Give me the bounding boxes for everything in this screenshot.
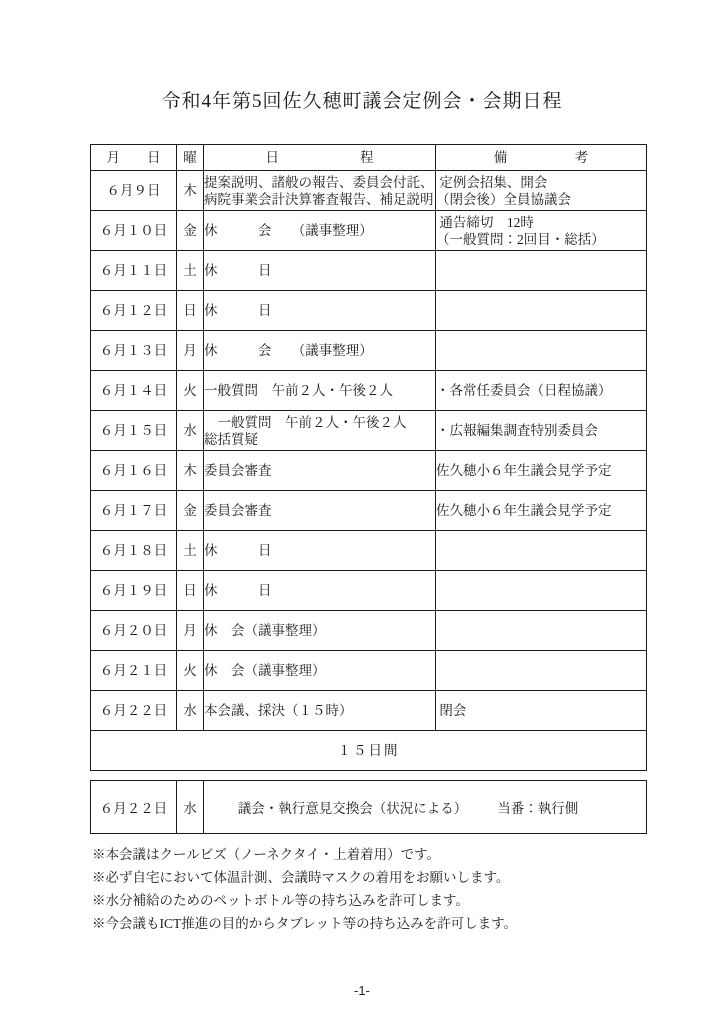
session-schedule-table: 月 日 曜 日 程 備 考 ６月９日木提案説明、諸般の報告、委員会付託、病院事業…: [90, 144, 647, 771]
day-cell: 金: [177, 491, 204, 531]
remarks-line: 佐久穂小６年生議会見学予定: [436, 503, 612, 518]
table-row: ６月９日木提案説明、諸般の報告、委員会付託、病院事業会計決算審査報告、補足説明 …: [91, 171, 647, 211]
date-cell: ６月１８日: [91, 531, 177, 571]
document-page: 令和4年第5回佐久穂町議会定例会・会期日程 月 日 曜 日 程 備 考 ６月９日…: [0, 0, 724, 1024]
total-days-label: １５日間: [91, 731, 647, 771]
table-row: ６月２２日 水 議会・執行意見交換会（状況による）当番：執行側: [91, 781, 647, 834]
page-title: 令和4年第5回佐久穂町議会定例会・会期日程: [0, 0, 724, 113]
footnotes: ※本会議はクールビズ（ノーネクタイ・上着着用）です。※必ず自宅において体温計測、…: [92, 843, 724, 935]
table-row: ６月１８日土休 日: [91, 531, 647, 571]
header-schedule: 日 程: [204, 145, 436, 171]
day-cell: 木: [177, 451, 204, 491]
day-cell: 木: [177, 171, 204, 211]
date-cell: ６月２２日: [91, 691, 177, 731]
day-cell: 土: [177, 251, 204, 291]
day-cell: 金: [177, 211, 204, 251]
date-cell: ６月９日: [91, 171, 177, 211]
date-cell: ６月１５日: [91, 411, 177, 451]
date-cell: ６月１０日: [91, 211, 177, 251]
date-cell: ６月１４日: [91, 371, 177, 411]
table-row: ６月１５日水 一般質問 午前２人・午後２人総括質疑・広報編集調査特別委員会: [91, 411, 647, 451]
remarks-cell: [436, 651, 647, 691]
schedule-cell: 提案説明、諸般の報告、委員会付託、病院事業会計決算審査報告、補足説明: [204, 171, 436, 211]
schedule-line: 休 会（議事整理）: [204, 663, 326, 678]
remarks-line: （一般質問：2回目・総括）: [436, 232, 605, 247]
remarks-cell: [436, 291, 647, 331]
footnote-line: ※今会議もICT推進の目的からタブレット等の持ち込みを許可します。: [92, 912, 724, 935]
date-cell: ６月１６日: [91, 451, 177, 491]
schedule-cell: 委員会審査: [204, 451, 436, 491]
date-cell: ６月１１日: [91, 251, 177, 291]
remarks-line: （閉会後）全員協議会: [436, 192, 571, 207]
day-cell: 水: [177, 411, 204, 451]
remarks-cell: ・広報編集調査特別委員会: [436, 411, 647, 451]
table-row: ６月１９日日休 日: [91, 571, 647, 611]
table-row: ６月１３日月休 会 （議事整理）: [91, 331, 647, 371]
schedule-line: 休 日: [204, 263, 272, 278]
remarks-cell: [436, 251, 647, 291]
schedule-line: 本会議、採決（１５時）: [204, 703, 353, 718]
remarks-line: 閉会: [436, 703, 466, 718]
table-header-row: 月 日 曜 日 程 備 考: [91, 145, 647, 171]
schedule-line: 休 日: [204, 303, 272, 318]
footnote-line: ※水分補給のためのペットボトル等の持ち込みを許可します。: [92, 889, 724, 912]
remarks-cell: 佐久穂小６年生議会見学予定: [436, 451, 647, 491]
table-row: ６月２０日月休 会（議事整理）: [91, 611, 647, 651]
header-remarks: 備 考: [436, 145, 647, 171]
schedule-line: 休 会 （議事整理）: [204, 223, 373, 238]
schedule-cell: 休 会 （議事整理）: [204, 331, 436, 371]
table-row: ６月２１日火休 会（議事整理）: [91, 651, 647, 691]
remarks-cell: ・各常任委員会（日程協議）: [436, 371, 647, 411]
schedule-line: 委員会審査: [204, 503, 272, 518]
schedule-cell: 議会・執行意見交換会（状況による）当番：執行側: [204, 781, 647, 834]
schedule-cell: 休 日: [204, 531, 436, 571]
schedule-cell: 休 日: [204, 291, 436, 331]
schedule-cell: 本会議、採決（１５時）: [204, 691, 436, 731]
schedule-line: 休 日: [204, 543, 272, 558]
schedule-line: 休 日: [204, 583, 272, 598]
footnote-line: ※必ず自宅において体温計測、会議時マスクの着用をお願いします。: [92, 866, 724, 889]
total-days-row: １５日間: [91, 731, 647, 771]
date-cell: ６月１９日: [91, 571, 177, 611]
table-row: ６月１１日土休 日: [91, 251, 647, 291]
table-row: ６月１２日日休 日: [91, 291, 647, 331]
schedule-line: 総括質疑: [204, 432, 258, 447]
table-row: ６月１７日金委員会審査佐久穂小６年生議会見学予定: [91, 491, 647, 531]
schedule-cell: 休 会（議事整理）: [204, 651, 436, 691]
table-row: ６月２２日水本会議、採決（１５時） 閉会: [91, 691, 647, 731]
remarks-cell: [436, 331, 647, 371]
schedule-line: 委員会審査: [204, 463, 272, 478]
footnote-line: ※本会議はクールビズ（ノーネクタイ・上着着用）です。: [92, 843, 724, 866]
schedule-cell: 委員会審査: [204, 491, 436, 531]
date-cell: ６月２１日: [91, 651, 177, 691]
day-cell: 月: [177, 331, 204, 371]
remarks-cell: 通告締切 12時（一般質問：2回目・総括）: [436, 211, 647, 251]
day-cell: 火: [177, 651, 204, 691]
day-cell: 水: [177, 781, 204, 834]
day-cell: 月: [177, 611, 204, 651]
duty-text: 当番：執行側: [497, 801, 578, 816]
schedule-line: 一般質問 午前２人・午後２人: [204, 415, 407, 430]
header-day: 曜: [177, 145, 204, 171]
schedule-cell: 休 日: [204, 571, 436, 611]
remarks-cell: 閉会: [436, 691, 647, 731]
day-cell: 日: [177, 571, 204, 611]
table-row: ６月１０日金休 会 （議事整理） 通告締切 12時（一般質問：2回目・総括）: [91, 211, 647, 251]
remarks-cell: [436, 611, 647, 651]
schedule-line: 提案説明、諸般の報告、委員会付託、: [204, 175, 434, 190]
schedule-cell: 一般質問 午前２人・午後２人総括質疑: [204, 411, 436, 451]
header-date: 月 日: [91, 145, 177, 171]
schedule-text: 議会・執行意見交換会（状況による）: [238, 801, 468, 816]
date-cell: ６月１７日: [91, 491, 177, 531]
day-cell: 日: [177, 291, 204, 331]
remarks-line: ・各常任委員会（日程協議）: [436, 383, 612, 398]
day-cell: 土: [177, 531, 204, 571]
schedule-cell: 休 日: [204, 251, 436, 291]
date-cell: ６月２０日: [91, 611, 177, 651]
schedule-line: 休 会 （議事整理）: [204, 343, 373, 358]
remarks-line: 佐久穂小６年生議会見学予定: [436, 463, 612, 478]
exchange-meeting-table: ６月２２日 水 議会・執行意見交換会（状況による）当番：執行側: [90, 780, 647, 834]
remarks-cell: 定例会招集、開会（閉会後）全員協議会: [436, 171, 647, 211]
page-number: -1-: [0, 983, 724, 998]
date-cell: ６月１３日: [91, 331, 177, 371]
day-cell: 火: [177, 371, 204, 411]
table-row: ６月１４日火一般質問 午前２人・午後２人・各常任委員会（日程協議）: [91, 371, 647, 411]
schedule-cell: 休 会 （議事整理）: [204, 211, 436, 251]
remarks-line: 定例会招集、開会: [436, 175, 547, 190]
remarks-line: 通告締切 12時: [436, 215, 534, 230]
schedule-cell: 一般質問 午前２人・午後２人: [204, 371, 436, 411]
remarks-line: ・広報編集調査特別委員会: [436, 423, 598, 438]
remarks-cell: 佐久穂小６年生議会見学予定: [436, 491, 647, 531]
remarks-cell: [436, 531, 647, 571]
remarks-cell: [436, 571, 647, 611]
date-cell: ６月１２日: [91, 291, 177, 331]
schedule-line: 休 会（議事整理）: [204, 623, 326, 638]
date-cell: ６月２２日: [91, 781, 177, 834]
schedule-line: 病院事業会計決算審査報告、補足説明: [204, 192, 434, 207]
table-row: ６月１６日木委員会審査佐久穂小６年生議会見学予定: [91, 451, 647, 491]
schedule-cell: 休 会（議事整理）: [204, 611, 436, 651]
day-cell: 水: [177, 691, 204, 731]
schedule-line: 一般質問 午前２人・午後２人: [204, 383, 393, 398]
